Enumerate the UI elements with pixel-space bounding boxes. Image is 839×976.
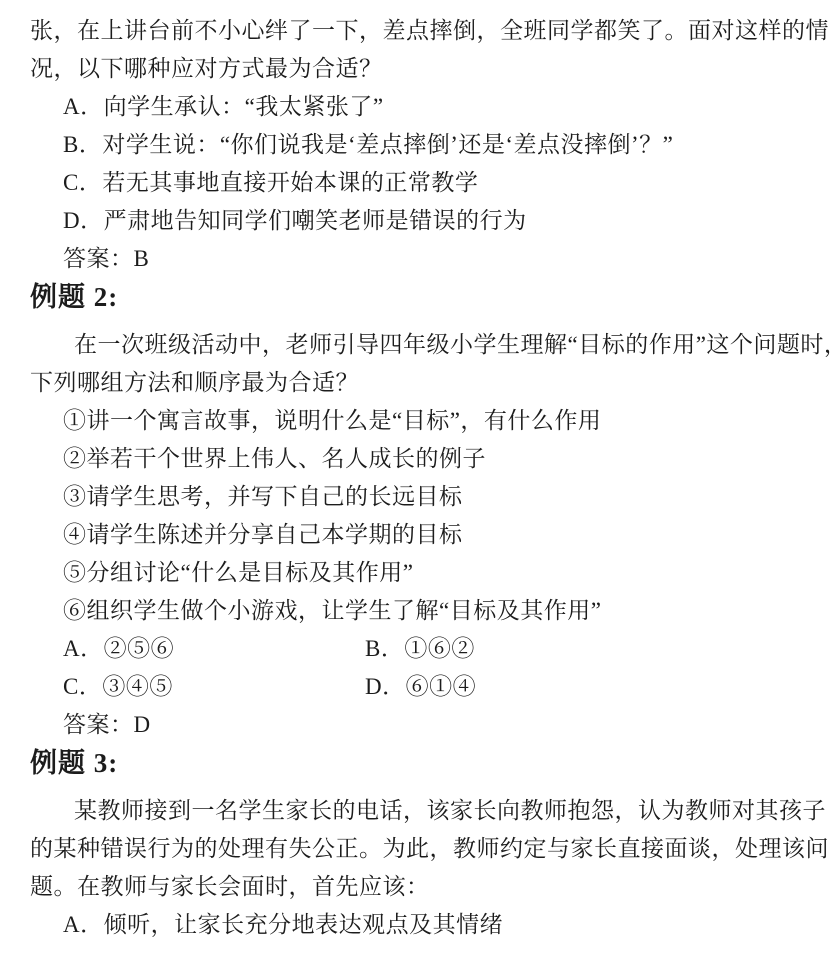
question-2-option-a: A．②⑤⑥ xyxy=(63,630,365,668)
question-2-options-row-1: A．②⑤⑥B．①⑥② xyxy=(30,630,833,668)
question-2: 例题 2: 在一次班级活动中，老师引导四年级小学生理解“目标的作用”这个问题时，… xyxy=(30,278,833,744)
question-3-option-a: A．倾听，让家长充分地表达观点及其情绪 xyxy=(30,906,833,944)
question-3-stem-line: 的某种错误行为的处理有失公正。为此，教师约定与家长直接面谈，处理该问 xyxy=(30,830,833,868)
question-1-option-a: A．向学生承认：“我太紧张了” xyxy=(30,88,833,126)
question-1-option-c: C．若无其事地直接开始本课的正常教学 xyxy=(30,164,833,202)
question-2-options-row-2: C．③④⑤D．⑥①④ xyxy=(30,668,833,706)
question-2-item-6: ⑥组织学生做个小游戏，让学生了解“目标及其作用” xyxy=(30,592,833,630)
question-2-item-2: ②举若干个世界上伟人、名人成长的例子 xyxy=(30,440,833,478)
question-2-item-1: ①讲一个寓言故事，说明什么是“目标”，有什么作用 xyxy=(30,402,833,440)
question-1-option-d: D．严肃地告知同学们嘲笑老师是错误的行为 xyxy=(30,202,833,240)
question-3: 例题 3: 某教师接到一名学生家长的电话，该家长向教师抱怨，认为教师对其孩子 的… xyxy=(30,744,833,944)
question-2-answer: 答案：D xyxy=(30,706,833,744)
question-3-stem-line: 某教师接到一名学生家长的电话，该家长向教师抱怨，认为教师对其孩子 xyxy=(30,792,833,830)
question-3-heading: 例题 3: xyxy=(30,744,833,782)
question-2-option-b: B．①⑥② xyxy=(365,636,475,661)
question-3-stem-line: 题。在教师与家长会面时，首先应该： xyxy=(30,868,833,906)
question-2-option-c: C．③④⑤ xyxy=(63,668,365,706)
question-2-heading: 例题 2: xyxy=(30,278,833,316)
question-1-stem-line: 况，以下哪种应对方式最为合适？ xyxy=(30,50,833,88)
question-2-option-d: D．⑥①④ xyxy=(365,674,476,699)
question-1: 张，在上讲台前不小心绊了一下，差点摔倒，全班同学都笑了。面对这样的情 况，以下哪… xyxy=(30,12,833,278)
question-1-stem-line: 张，在上讲台前不小心绊了一下，差点摔倒，全班同学都笑了。面对这样的情 xyxy=(30,12,833,50)
question-2-item-3: ③请学生思考，并写下自己的长远目标 xyxy=(30,478,833,516)
exam-document-page: 张，在上讲台前不小心绊了一下，差点摔倒，全班同学都笑了。面对这样的情 况，以下哪… xyxy=(0,0,839,976)
question-1-option-b: B．对学生说：“你们说我是‘差点摔倒’还是‘差点没摔倒’？” xyxy=(30,126,833,164)
question-1-answer: 答案：B xyxy=(30,240,833,278)
question-2-item-5: ⑤分组讨论“什么是目标及其作用” xyxy=(30,554,833,592)
question-2-stem-line: 在一次班级活动中，老师引导四年级小学生理解“目标的作用”这个问题时， xyxy=(30,326,833,364)
question-2-item-4: ④请学生陈述并分享自己本学期的目标 xyxy=(30,516,833,554)
question-2-stem-line: 下列哪组方法和顺序最为合适？ xyxy=(30,364,833,402)
